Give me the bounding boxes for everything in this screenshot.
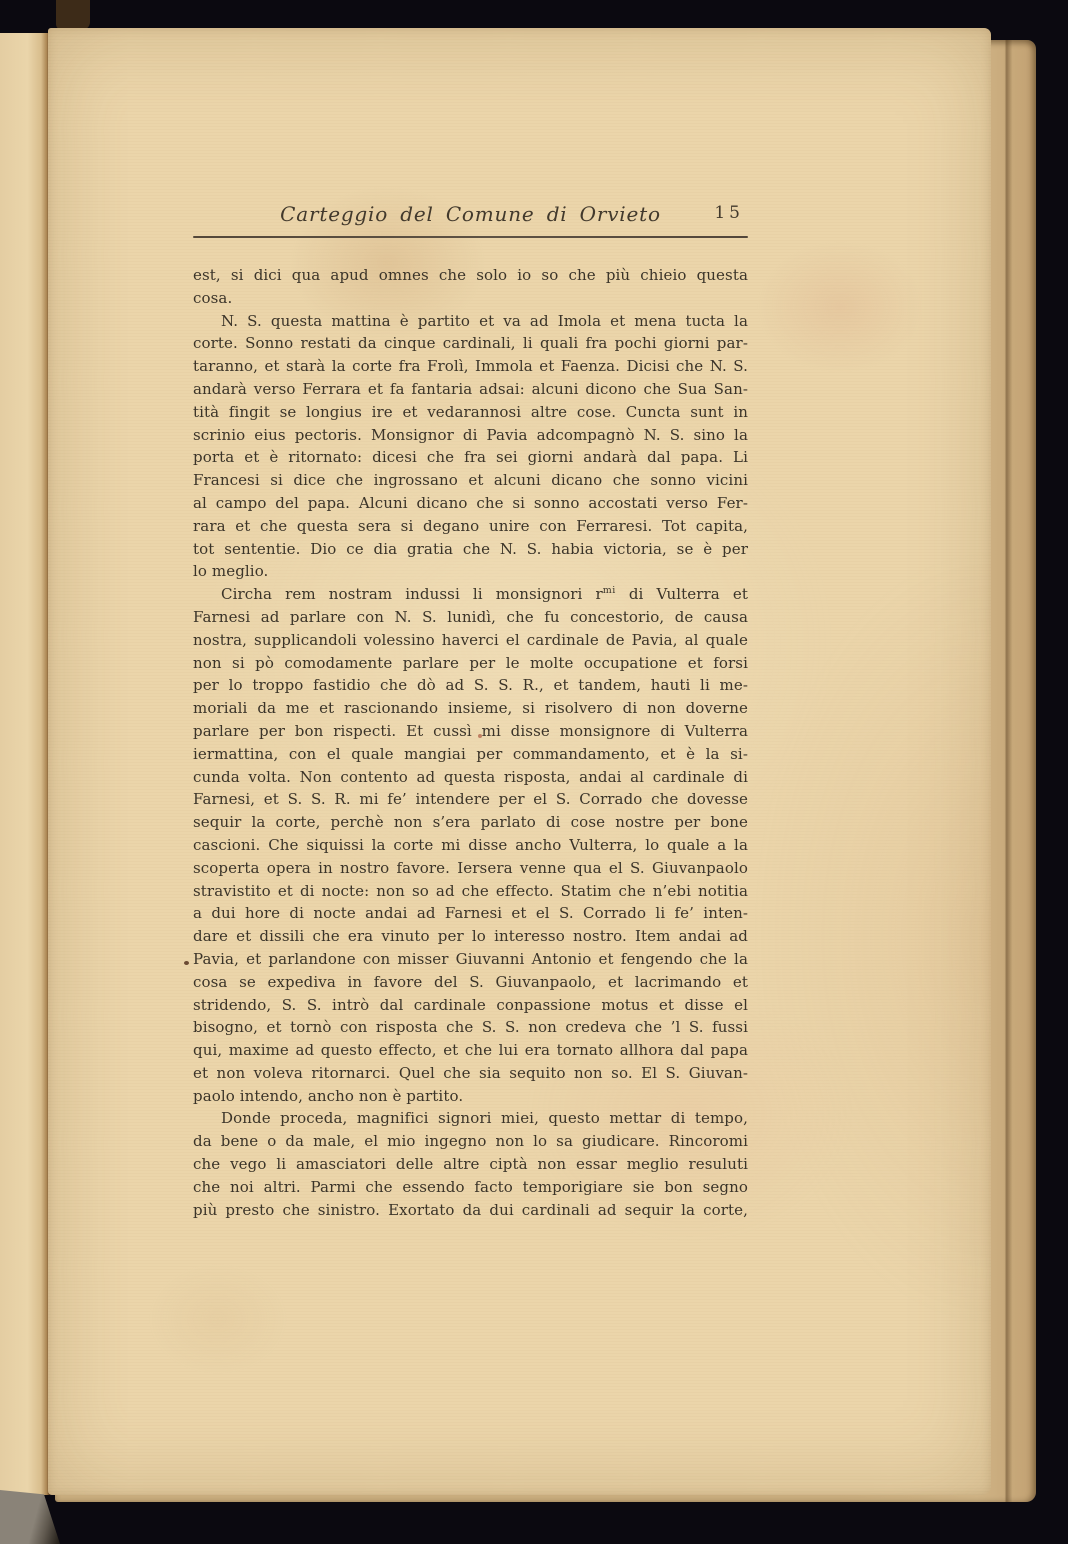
paragraph: Circha rem nostram indussi li monsignori… xyxy=(193,583,748,1107)
page-number: 15 xyxy=(714,203,744,223)
text-line: stridendo, S. S. intrò dal cardinale con… xyxy=(193,994,748,1017)
text-line: taranno, et starà la corte fra Frolì, Im… xyxy=(193,355,748,378)
text-line: lo meglio. xyxy=(193,560,748,583)
text-line: per lo troppo fastidio che dò ad S. S. R… xyxy=(193,674,748,697)
text-line: non si pò comodamente parlare per le mol… xyxy=(193,652,748,675)
body-text: est, si dici qua apud omnes che solo io … xyxy=(193,264,748,1221)
text-line: che vego li amasciatori delle altre cipt… xyxy=(193,1153,748,1176)
text-line: porta et è ritornato: dicesi che fra sei… xyxy=(193,446,748,469)
text-line: che noi altri. Parmi che essendo facto t… xyxy=(193,1176,748,1199)
text-line: tità fingit se longius ire et vedarannos… xyxy=(193,401,748,424)
text-line: al campo del papa. Alcuni dicano che si … xyxy=(193,492,748,515)
text-segment: di Vulterra et xyxy=(616,585,748,603)
paragraph: Donde proceda, magnifici signori miei, q… xyxy=(193,1107,748,1221)
text-line: Francesi si dice che ingrossano et alcun… xyxy=(193,469,748,492)
text-line: moriali da me et rascionando insieme, si… xyxy=(193,697,748,720)
text-line: N. S. questa mattina è partito et va ad … xyxy=(193,310,748,333)
printed-column: Carteggio del Comune di Orvieto 15 est, … xyxy=(193,200,748,1221)
binding-notch xyxy=(56,0,90,30)
text-line: iermattina, con el quale mangiai per com… xyxy=(193,743,748,766)
text-line: Farnesi ad parlare con N. S. lunidì, che… xyxy=(193,606,748,629)
text-line: a dui hore di nocte andai ad Farnesi et … xyxy=(193,902,748,925)
text-line: cascioni. Che siquissi la corte mi disse… xyxy=(193,834,748,857)
text-segment: Circha rem nostram indussi li monsignori… xyxy=(221,585,603,603)
text-line: et non voleva ritornarci. Quel che sia s… xyxy=(193,1062,748,1085)
paragraph: est, si dici qua apud omnes che solo io … xyxy=(193,264,748,310)
paper-speck xyxy=(184,961,189,965)
text-line: parlare per bon rispecti. Et cussì mi di… xyxy=(193,720,748,743)
text-line: Farnesi, et S. S. R. mi fe’ intendere pe… xyxy=(193,788,748,811)
text-line: scoperta opera in nostro favore. Iersera… xyxy=(193,857,748,880)
text-line: Circha rem nostram indussi li monsignori… xyxy=(193,583,748,606)
text-line: cosa se expediva in favore del S. Giuvan… xyxy=(193,971,748,994)
text-line: tot sententie. Dio ce dia gratia che N. … xyxy=(193,538,748,561)
running-header: Carteggio del Comune di Orvieto 15 xyxy=(193,200,748,234)
text-line: est, si dici qua apud omnes che solo io … xyxy=(193,264,748,287)
text-line: bisogno, et tornò con risposta che S. S.… xyxy=(193,1016,748,1039)
header-rule xyxy=(193,236,748,238)
text-line: stravistito et di nocte: non so ad che e… xyxy=(193,880,748,903)
text-line: da bene o da male, el mio ingegno non lo… xyxy=(193,1130,748,1153)
paragraph: N. S. questa mattina è partito et va ad … xyxy=(193,310,748,584)
superscript-abbrev: mi xyxy=(603,585,616,596)
text-line: paolo intendo, ancho non è partito. xyxy=(193,1085,748,1108)
text-line: nostra, supplicandoli volessino haverci … xyxy=(193,629,748,652)
book-page: Carteggio del Comune di Orvieto 15 est, … xyxy=(48,28,991,1495)
header-title: Carteggio del Comune di Orvieto xyxy=(193,200,748,228)
scanned-book-photo: Carteggio del Comune di Orvieto 15 est, … xyxy=(0,0,1068,1544)
text-line: più presto che sinistro. Exortato da dui… xyxy=(193,1199,748,1222)
previous-page-edge xyxy=(0,33,50,1495)
text-line: andarà verso Ferrara et fa fantaria adsa… xyxy=(193,378,748,401)
text-line: dare et dissili che era vinuto per lo in… xyxy=(193,925,748,948)
text-line: scrinio eius pectoris. Monsignor di Pavi… xyxy=(193,424,748,447)
text-line: rara et che questa sera si degano unire … xyxy=(193,515,748,538)
text-line: cosa. xyxy=(193,287,748,310)
text-line: corte. Sonno restati da cinque cardinali… xyxy=(193,332,748,355)
text-line: Donde proceda, magnifici signori miei, q… xyxy=(193,1107,748,1130)
text-line: sequir la corte, perchè non s’era parlat… xyxy=(193,811,748,834)
text-line: qui, maxime ad questo effecto, et che lu… xyxy=(193,1039,748,1062)
text-line: Pavia, et parlandone con misser Giuvanni… xyxy=(193,948,748,971)
text-line: cunda volta. Non contento ad questa risp… xyxy=(193,766,748,789)
